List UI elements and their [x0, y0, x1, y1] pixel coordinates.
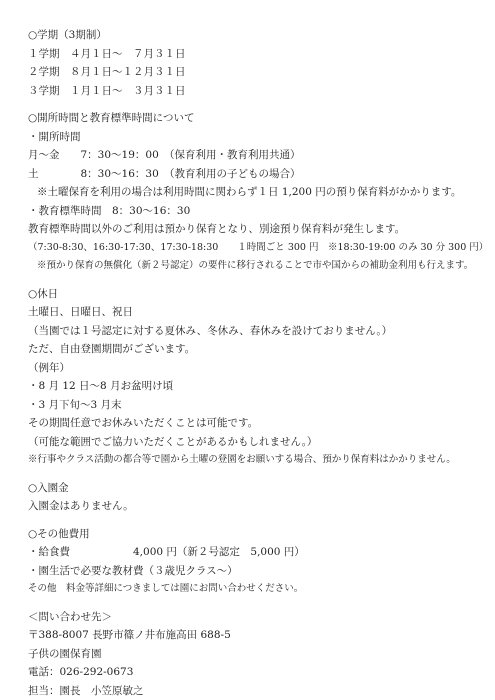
- section-contact: ＜問い合わせ先＞ 〒388-8007 長野市篠ノ井布施高田 688-5 子供の園…: [28, 608, 485, 700]
- heading-holidays: ○休日: [28, 285, 485, 304]
- hours-line: ・教育標準時間 8：30～16：30: [28, 202, 485, 221]
- hours-line: ・開所時間: [28, 128, 485, 147]
- hours-line: 月～金 7：30～19：00 （保育利用・教育利用共通）: [28, 146, 485, 165]
- contact-address: 〒388-8007 長野市篠ノ井布施高田 688-5: [28, 626, 485, 645]
- holidays-line: （例年）: [28, 359, 485, 378]
- terms-line: ３学期 １月１日～ ３月３１日: [28, 82, 485, 101]
- terms-line: １学期 ４月１日～ ７月３１日: [28, 45, 485, 64]
- contact-person: 担当：園長 小笠原敏之: [28, 682, 485, 700]
- holidays-line: 土曜日、日曜日、祝日: [28, 303, 485, 322]
- hours-line: 土 8：30～16：30 （教育利用の子どもの場合）: [28, 165, 485, 184]
- terms-line: ２学期 ８月１日～１２月３１日: [28, 63, 485, 82]
- hours-note-subsidy: ※預かり保育の無償化（新２号認定）の要件に移行されることで市や国からの補助金利用…: [28, 257, 485, 276]
- section-hours: ○開所時間と教育標準時間について ・開所時間 月～金 7：30～19：00 （保…: [28, 109, 485, 276]
- document-page: ○学期（3期制） １学期 ４月１日～ ７月３１日 ２学期 ８月１日～１２月３１日…: [0, 0, 495, 700]
- other-fees-lunch: ・給食費 4,000 円（新２号認定 5,000 円）: [28, 543, 485, 562]
- contact-name: 子供の園保育園: [28, 645, 485, 664]
- section-terms: ○学期（3期制） １学期 ４月１日～ ７月３１日 ２学期 ８月１日～１２月３１日…: [28, 26, 485, 100]
- other-fees-note: その他 料金等詳細につきましては園にお問い合わせください。: [28, 580, 485, 599]
- admission-fee-line: 入園金はありません。: [28, 497, 485, 516]
- contact-phone: 電話：026-292-0673: [28, 663, 485, 682]
- hours-line: 教育標準時間以外のご利用は預かり保育となり、別途預り保育料が発生します。: [28, 220, 485, 239]
- holidays-line: ・3 月下旬～3 月末: [28, 396, 485, 415]
- heading-contact: ＜問い合わせ先＞: [28, 608, 485, 627]
- hours-note-saturday: ※土曜保育を利用の場合は利用時間に関わらず１日 1,200 円の預り保育料がかか…: [28, 183, 485, 202]
- holidays-line: （当園では１号認定に対する夏休み、冬休み、春休みを設けておりません。）: [28, 322, 485, 341]
- section-other-fees: ○その他費用 ・給食費 4,000 円（新２号認定 5,000 円） ・園生活で…: [28, 525, 485, 599]
- holidays-line: （可能な範囲でご協力いただくことがあるかもしれません。）: [28, 433, 485, 452]
- heading-terms: ○学期（3期制）: [28, 26, 485, 45]
- heading-other-fees: ○その他費用: [28, 525, 485, 544]
- other-fees-materials: ・園生活で必要な教材費（３歳児クラス～）: [28, 562, 485, 581]
- holidays-line: ただ、自由登園期間がございます。: [28, 340, 485, 359]
- section-holidays: ○休日 土曜日、日曜日、祝日 （当園では１号認定に対する夏休み、冬休み、春休みを…: [28, 285, 485, 470]
- holidays-line: その期間任意でお休みいただくことは可能です。: [28, 414, 485, 433]
- hours-fee-detail: （7:30-8:30、16:30-17:30、17:30-18:30 １時間ごと…: [28, 239, 485, 258]
- heading-hours: ○開所時間と教育標準時間について: [28, 109, 485, 128]
- holidays-note-saturday-event: ※行事やクラス活動の都合等で園から土曜の登園をお願いする場合、預かり保育料はかか…: [28, 451, 485, 470]
- holidays-line: ・8 月 12 日～8 月お盆明け頃: [28, 377, 485, 396]
- heading-admission-fee: ○入園金: [28, 479, 485, 498]
- section-admission-fee: ○入園金 入園金はありません。: [28, 479, 485, 516]
